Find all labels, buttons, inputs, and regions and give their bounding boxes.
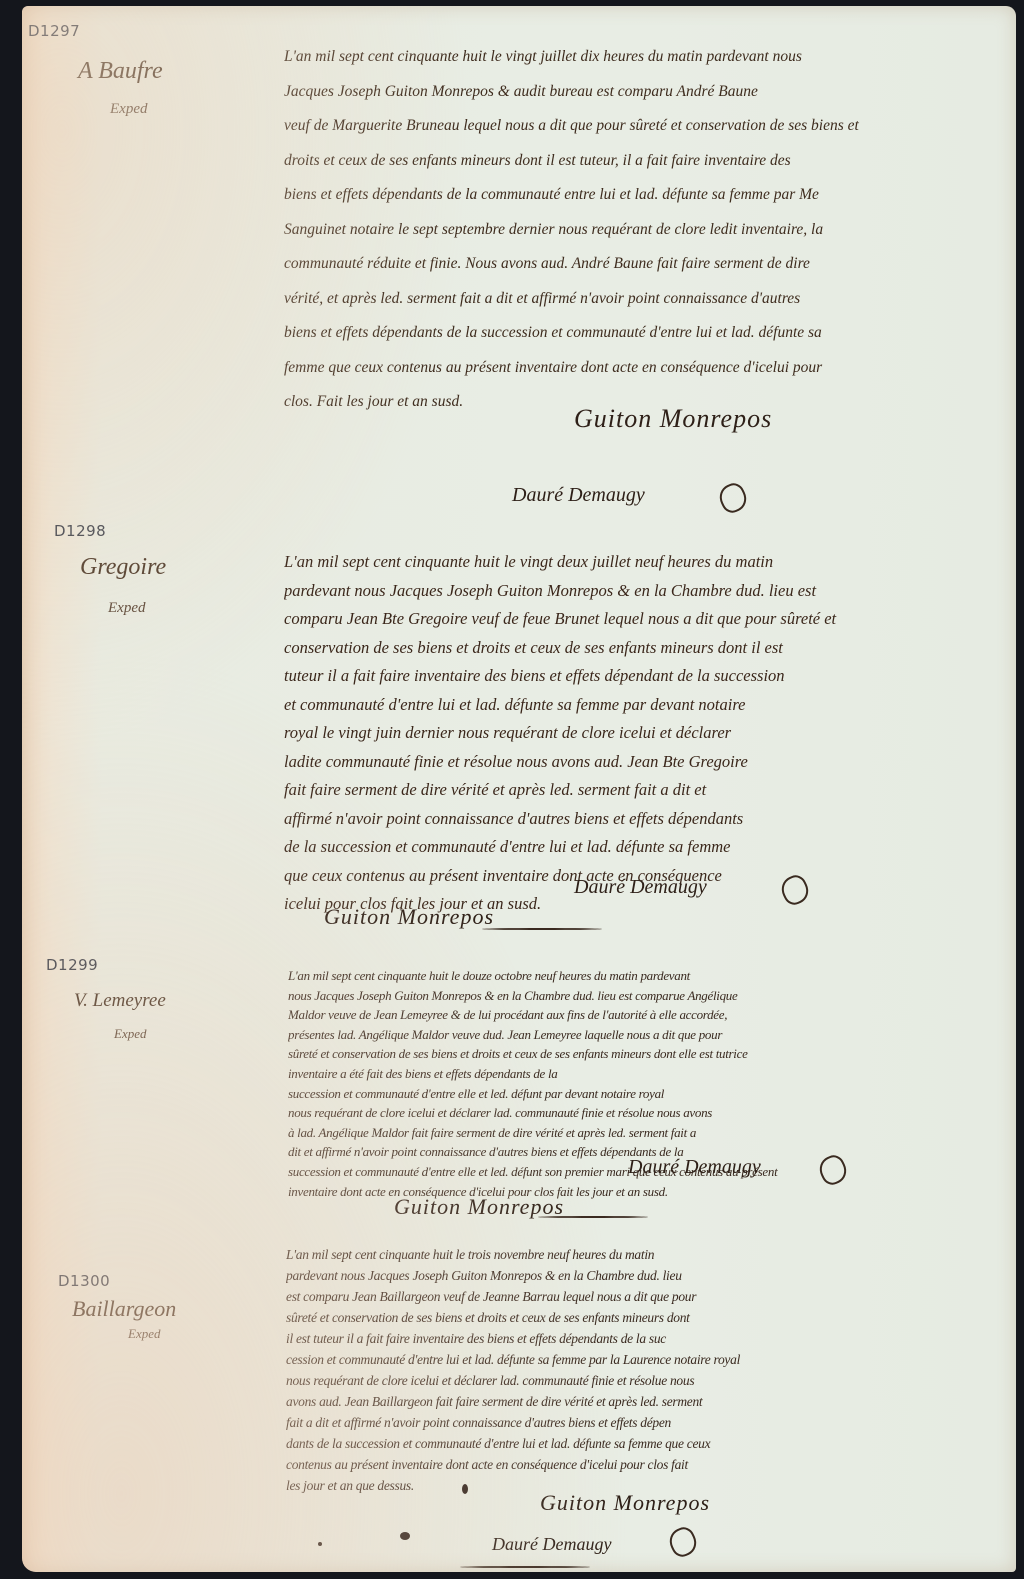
signature-flourish — [460, 1566, 590, 1568]
text-line: fait faire serment de dire vérité et apr… — [284, 776, 1024, 805]
text-line: biens et effets dépendants de la success… — [284, 316, 1024, 351]
text-line: fait a dit et affirmé n'avoir point conn… — [286, 1412, 1024, 1433]
paraph-flourish-icon — [665, 1524, 700, 1560]
text-line: il est tuteur il a fait faire inventaire… — [286, 1328, 1024, 1349]
text-line: tuteur il a fait faire inventaire des bi… — [284, 662, 1024, 691]
ink-stain — [462, 1484, 468, 1494]
text-line: L'an mil sept cent cinquante huit le vin… — [284, 40, 1024, 75]
margin-note: Exped — [128, 1326, 160, 1342]
text-line: et communauté d'entre lui et lad. défunt… — [284, 691, 1024, 720]
margin-note: Exped — [114, 1026, 146, 1042]
text-line: sûreté et conservation de ses biens et d… — [288, 1044, 1024, 1064]
text-line: veuf de Marguerite Bruneau lequel nous a… — [284, 109, 1024, 144]
text-line: biens et effets dépendants de la communa… — [284, 178, 1024, 213]
text-line: présentes lad. Angélique Maldor veuve du… — [288, 1025, 1024, 1045]
ink-stain — [318, 1542, 322, 1546]
text-line: à lad. Angélique Maldor fait faire serme… — [288, 1123, 1024, 1143]
text-line: L'an mil sept cent cinquante huit le dou… — [288, 966, 1024, 986]
text-line: dants de la succession et communauté d'e… — [286, 1433, 1024, 1454]
margin-name: Gregoire — [80, 554, 166, 581]
margin-note: Exped — [108, 600, 145, 617]
text-line: communauté réduite et finie. Nous avons … — [284, 247, 1024, 282]
signature-daure-demaugy: Dauré Demaugy — [574, 876, 707, 899]
signature-flourish — [538, 1216, 648, 1218]
signature-daure-demaugy: Dauré Demaugy — [492, 1534, 611, 1555]
text-line: conservation de ses biens et droits et c… — [284, 634, 1024, 663]
reference-number: D1298 — [54, 522, 106, 540]
text-line: Jacques Joseph Guiton Monrepos & audit b… — [284, 75, 1024, 110]
text-line: royal le vingt juin dernier nous requéra… — [284, 719, 1024, 748]
text-line: Sanguinet notaire le sept septembre dern… — [284, 213, 1024, 248]
text-line: femme que ceux contenus au présent inven… — [284, 351, 1024, 386]
signature-guiton-monrepos: Guiton Monrepos — [574, 404, 772, 434]
text-line: affirmé n'avoir point connaissance d'aut… — [284, 805, 1024, 834]
reference-number: D1297 — [28, 22, 80, 40]
manuscript-page: D1297 A Baufre Exped L'an mil sept cent … — [22, 6, 1016, 1572]
text-line: contenus au présent inventaire dont acte… — [286, 1454, 1024, 1475]
margin-name: V. Lemeyree — [74, 990, 166, 1012]
signature-daure-demaugy: Dauré Demaugy — [628, 1156, 761, 1179]
text-line: nous requérant de clore icelui et déclar… — [286, 1370, 1024, 1391]
text-line: droits et ceux de ses enfants mineurs do… — [284, 144, 1024, 179]
text-line: succession et communauté d'entre elle et… — [288, 1084, 1024, 1104]
signature-daure-demaugy: Dauré Demaugy — [512, 484, 645, 507]
signature-guiton-monrepos: Guiton Monrepos — [540, 1490, 710, 1516]
reference-number: D1299 — [46, 956, 98, 974]
text-line: sûreté et conservation de ses biens et d… — [286, 1307, 1024, 1328]
margin-note: Exped — [110, 101, 147, 118]
text-line: nous requérant de clore icelui et déclar… — [288, 1103, 1024, 1123]
signature-guiton-monrepos: Guiton Monrepos — [324, 904, 494, 930]
text-line: comparu Jean Bte Gregoire veuf de feue B… — [284, 605, 1024, 634]
entry-text-d1298: L'an mil sept cent cinquante huit le vin… — [284, 548, 1024, 919]
text-line: cession et communauté d'entre lui et lad… — [286, 1349, 1024, 1370]
entry-text-d1297: L'an mil sept cent cinquante huit le vin… — [284, 40, 1024, 420]
text-line: vérité, et après led. serment fait a dit… — [284, 282, 1024, 317]
text-line: pardevant nous Jacques Joseph Guiton Mon… — [284, 577, 1024, 606]
margin-name: Baillargeon — [72, 1296, 176, 1322]
reference-number: D1300 — [58, 1272, 110, 1290]
text-line: pardevant nous Jacques Joseph Guiton Mon… — [286, 1265, 1024, 1286]
paraph-flourish-icon — [715, 480, 750, 516]
text-line: inventaire a été fait des biens et effet… — [288, 1064, 1024, 1084]
text-line: est comparu Jean Baillargeon veuf de Jea… — [286, 1286, 1024, 1307]
text-line: L'an mil sept cent cinquante huit le tro… — [286, 1244, 1024, 1265]
entry-text-d1300: L'an mil sept cent cinquante huit le tro… — [286, 1244, 1024, 1496]
margin-name: A Baufre — [78, 58, 163, 85]
text-line: avons aud. Jean Baillargeon fait faire s… — [286, 1391, 1024, 1412]
text-line: de la succession et communauté d'entre l… — [284, 833, 1024, 862]
text-line: ladite communauté finie et résolue nous … — [284, 748, 1024, 777]
text-line: L'an mil sept cent cinquante huit le vin… — [284, 548, 1024, 577]
signature-flourish — [482, 928, 602, 930]
text-line: nous Jacques Joseph Guiton Monrepos & en… — [288, 986, 1024, 1006]
ink-stain — [400, 1532, 410, 1540]
text-line: Maldor veuve de Jean Lemeyree & de lui p… — [288, 1005, 1024, 1025]
